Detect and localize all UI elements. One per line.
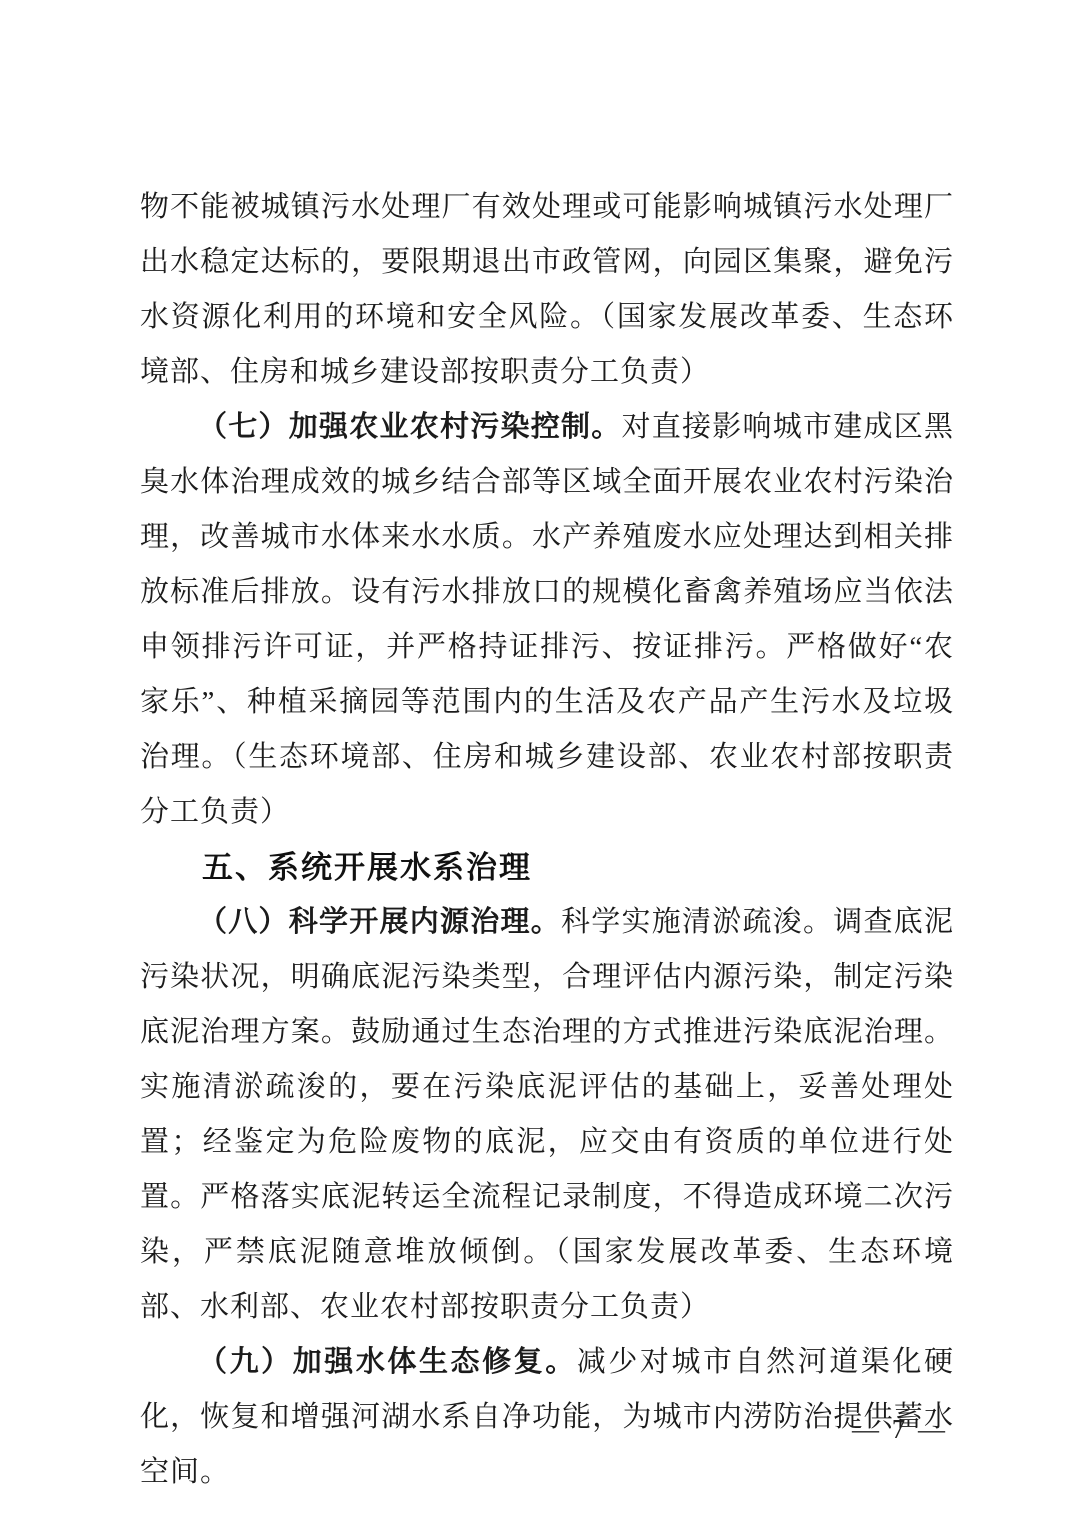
paragraph-lead: （七）加强农业农村污染控制。 — [198, 411, 621, 443]
paragraph-item-9: （九）加强水体生态修复。减少对城市自然河道渠化硬化，恢复和增强河湖水系自净功能，… — [140, 1335, 954, 1500]
paragraph-continuation: 物不能被城镇污水处理厂有效处理或可能影响城镇污水处理厂出水稳定达标的，要限期退出… — [140, 180, 954, 400]
document-body: 物不能被城镇污水处理厂有效处理或可能影响城镇污水处理厂出水稳定达标的，要限期退出… — [140, 180, 954, 1500]
paragraph-text: 物不能被城镇污水处理厂有效处理或可能影响城镇污水处理厂出水稳定达标的，要限期退出… — [140, 191, 954, 388]
paragraph-text: 对直接影响城市建成区黑臭水体治理成效的城乡结合部等区域全面开展农业农村污染治理，… — [140, 411, 954, 828]
paragraph-item-8: （八）科学开展内源治理。科学实施清淤疏浚。调查底泥污染状况，明确底泥污染类型，合… — [140, 895, 954, 1335]
paragraph-lead: （九）加强水体生态修复。 — [198, 1346, 577, 1378]
section-heading-5: 五、系统开展水系治理 — [140, 840, 954, 895]
page-number: — 7 — — [852, 1414, 948, 1445]
paragraph-text: 科学实施清淤疏浚。调查底泥污染状况，明确底泥污染类型，合理评估内源污染，制定污染… — [140, 906, 954, 1323]
paragraph-lead: （八）科学开展内源治理。 — [198, 906, 561, 938]
document-page: 物不能被城镇污水处理厂有效处理或可能影响城镇污水处理厂出水稳定达标的，要限期退出… — [0, 0, 1080, 1527]
paragraph-item-7: （七）加强农业农村污染控制。对直接影响城市建成区黑臭水体治理成效的城乡结合部等区… — [140, 400, 954, 840]
